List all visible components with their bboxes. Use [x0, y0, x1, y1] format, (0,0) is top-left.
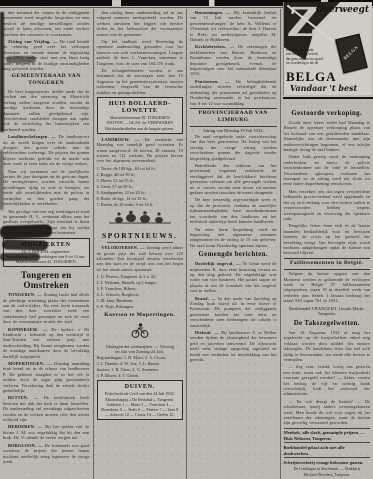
- news-paragraph: Brand. — In den nacht van Zaterdag op Zo…: [190, 296, 277, 328]
- news-paragraph: Benoemingen. — Bij koninklijk besluit va…: [190, 10, 277, 42]
- result-line: Juniors: 1. R. Claes; 2. G. Swennen;: [97, 367, 184, 373]
- result-line: 4. L. Schoofs, Borgloon;: [97, 292, 184, 298]
- news-paragraph: De raad vergaderde onder voorzitterschap…: [190, 134, 277, 161]
- news-paragraph: De heer bestendig afgevaardigde wees er …: [190, 197, 277, 224]
- news-paragraph: De belanghebbenden worden er aan herinne…: [97, 68, 184, 95]
- news-paragraph: Men verzekert ons dat tegen verscheidene…: [284, 189, 371, 221]
- paragraph-lead: Kerkfabrieken. —: [195, 44, 238, 49]
- result-line: 5. Aardappelen, 22 tot 25 fr.;: [97, 190, 184, 196]
- sport-vignette-illustration: [97, 209, 184, 230]
- left-edge-ink-streak: [0, 12, 4, 132]
- result-line: Beginnelingen: 1. H. Maes; 2. A. Croux;: [97, 355, 184, 361]
- paragraph-lead: Brand. —: [195, 296, 218, 301]
- section-heading: Koersen te Mopertingen.: [97, 312, 184, 319]
- news-paragraph: HERDEREN. — Bij het spelen viel de klein…: [3, 424, 90, 440]
- ad-slogan: Vandaar 't best: [290, 83, 357, 93]
- result-line: 3. P. Moors; 4. J. Gielen.: [97, 373, 184, 379]
- result-line: 1. G. Peeters, Tongeren, in 3 u. 42;: [97, 274, 184, 280]
- ink-smudge: [2, 239, 48, 250]
- result-line: 6. Boter, de kgr., 14 tot 15 fr.;: [97, 196, 184, 202]
- boxed-notice: DUIVEN.Prijsvlucht uit Creil van den 24 …: [97, 380, 184, 420]
- paragraph-lead: RUTTEN. —: [8, 395, 44, 400]
- section-heading: De Takszegelwetten.: [284, 320, 371, 328]
- ad-brand-name: BELGA: [286, 70, 337, 83]
- box-title: HUIS BOLLAERD-LOWETTE: [100, 100, 181, 114]
- box-line: Huishoudartikelen aan de laagste prijzen…: [100, 126, 181, 131]
- classified-ad-line: Meubels, alle slach, gematigde prijzen. …: [284, 428, 371, 443]
- box-title: DUIVEN.: [100, 383, 181, 390]
- paragraph-lead: LANDBOUW. —: [102, 137, 145, 142]
- paragraph-lead: Pensioenen. —: [195, 79, 236, 84]
- section-heading: Gestoorde verkoping.: [284, 110, 371, 118]
- news-paragraph: den uitslag dezer aanbesteding zal in on…: [97, 10, 184, 37]
- news-paragraph: KONINKSEM. — De fanfare « De Eendracht »…: [3, 327, 90, 359]
- news-column-2: den uitslag dezer aanbesteding zal in on…: [93, 9, 187, 479]
- news-paragraph: MOPERTINGEN. — Dinsdag namiddag brak bra…: [3, 361, 90, 393]
- pack-brand-label: BELGA: [340, 42, 362, 64]
- news-paragraph: Volgens de laatste opgave van den Monite…: [284, 271, 371, 303]
- cigarette-pack-image: BELGA: [335, 33, 368, 73]
- belga-cigarette-ad: Z Overweegt zóó fijn van smaak,zóó zorgv…: [283, 2, 372, 95]
- result-line: 5. M. Jans, Herderen;: [97, 298, 184, 304]
- classified-ad-line: Schrijnwerkerij vraagt bekwame gasten.: [284, 457, 371, 466]
- result-line: 3. J. Daniels; 4. W. Vos; 5. L. Baerts.: [97, 361, 184, 367]
- news-paragraph: Dergelijke feiten doen zich in de laatst…: [284, 223, 371, 255]
- ad-copy-line: en voordeelig is als de: [286, 61, 328, 65]
- news-paragraph: Pensioenen. — De belanghebbende ouderlin…: [190, 79, 277, 106]
- imprint-line: Michiels-Broeders, Tongeren.: [284, 473, 371, 478]
- cyclist-ornament-icon: [97, 321, 184, 344]
- boxed-notice: HUIS BOLLAERD-LOWETTEMaastrichterstraat …: [97, 97, 184, 134]
- paragraph-lead: Landbouwbelangen. —: [8, 134, 59, 139]
- section-heading: Tongeren en Omstreken: [3, 270, 90, 290]
- result-line: 4. Gerst, 57 tot 59 fr.;: [97, 184, 184, 190]
- paragraph-lead: Doodelijk ongeval. —: [195, 261, 243, 266]
- result-line: 2. Rogge, 48 tot 50 fr.;: [97, 172, 184, 178]
- paragraph-lead: HERDEREN. —: [8, 424, 45, 429]
- news-paragraph: — Zeg eens, vriend, vroeg ons gisteren e…: [284, 364, 371, 396]
- news-paragraph: Na eene korte bespreking werd de begroot…: [190, 227, 277, 249]
- news-paragraph: Betreffende den uitbouw van het provinci…: [190, 163, 277, 195]
- news-paragraph: BORGLOON. — De fruitmarkt was goed voorz…: [3, 443, 90, 465]
- news-paragraph: Landbouwbelangen. — De landbouwers uit d…: [3, 134, 90, 166]
- ad-headline: Overweegt: [316, 5, 369, 15]
- news-paragraph: den toestand der wegen in de omliggende …: [3, 10, 90, 37]
- ink-smudge: [0, 224, 52, 239]
- news-paragraph: Naar wij vernemen zal de jaarlijksche ke…: [3, 169, 90, 207]
- news-paragraph: Onder luid geroep werd de verkooping ond…: [284, 154, 371, 186]
- news-paragraph: RUTTEN. — De kerkfabriek heeft besloten …: [3, 395, 90, 422]
- paragraph-lead: Diefstal. —: [195, 330, 221, 335]
- newspaper-page: den toestand der wegen in de omliggende …: [0, 0, 373, 479]
- paragraph-lead: TONGEREN. —: [8, 292, 44, 297]
- news-paragraph: Diefstal. — Bij landbouwer V. te Wellen …: [190, 330, 277, 362]
- result-line: 1. Tarwe, de 100 kgr., 62 tot 64 fr.;: [97, 166, 184, 172]
- news-paragraph: Zooals onze lezers weten had Maandag te …: [284, 120, 371, 152]
- news-paragraph: LANDBOUW. — De veemarkt van Maandag was …: [97, 137, 184, 164]
- news-paragraph: De heer burgemeester deelde mede dat de …: [3, 89, 90, 132]
- paragraph-lead: BORGLOON. —: [8, 443, 45, 448]
- box-line: Prijsvlucht uit Creil van den 24 Juli 19…: [100, 391, 181, 396]
- paragraph-lead: Benoemingen. —: [195, 10, 234, 15]
- sportnieuws-heading: SPORTNIEUWS.: [97, 231, 184, 240]
- result-line: 2. J. Nelissen, Hasselt, op 1 lengte;: [97, 280, 184, 286]
- news-column-3: Benoemingen. — Bij koninklijk besluit va…: [186, 9, 280, 479]
- paragraph-lead: KONINKSEM. —: [8, 327, 51, 332]
- news-paragraph: Op het stadhuis werd Woensdag de openbar…: [97, 39, 184, 66]
- news-paragraph: VELOKOERSEN. — Zondag werd alhier de gro…: [97, 245, 184, 272]
- result-line: 3. Haver, 52 tot 55 fr.;: [97, 178, 184, 184]
- news-paragraph: — En wie draagt de kosten? — De schulden…: [284, 399, 371, 426]
- result-line: 7. Eieren, de 26 stuks, 9 tot 10 fr.: [97, 202, 184, 208]
- box-line: Aalderen 1 — Maas 3 — Vrancken 4 — Beurs…: [100, 402, 181, 418]
- section-heading: PROVINCIERAAD VAN LIMBURG: [190, 108, 277, 127]
- divider-rule: [107, 242, 174, 243]
- section-heading: Faillissementen in België.: [284, 258, 371, 270]
- left-edge-ink-streak: [0, 150, 3, 210]
- news-paragraph: Kerkfabrieken. — De rekeningen der kerkf…: [190, 44, 277, 76]
- centered-note: Tongeren.: [284, 311, 371, 317]
- ink-smudge: [6, 56, 36, 63]
- section-heading: GEMEENTERAAD VAN TONGEREN: [3, 73, 90, 87]
- ad-copy-lines: zóó fijn van smaak,zóó zorgvuldig bereid…: [286, 48, 328, 66]
- news-paragraph: TONGEREN. — Zondag laatst had alhier de …: [3, 292, 90, 324]
- paragraph-lead: Zitting van Vrijdag. —: [8, 39, 60, 44]
- result-line: 3. F. Vrancken, Bilzen;: [97, 286, 184, 292]
- ink-smudge: [0, 253, 40, 261]
- paragraph-lead: VELOKOERSEN. —: [102, 245, 147, 250]
- result-line: 6. P. Thijs, Riksingen.: [97, 304, 184, 310]
- news-paragraph: Van 18 Augustus 1932 af mag het zegelrec…: [284, 330, 371, 362]
- paragraph-lead: MOPERTINGEN. —: [8, 361, 54, 366]
- thick-rule-under-ad: [283, 97, 373, 99]
- box-line: STOVEN — GLAS- en VERFWAREN: [100, 120, 181, 125]
- imprint-line: De Lotelingen in den Senaat. — Drukkerij: [284, 467, 371, 472]
- news-paragraph: Doodelijk ongeval. — Te Genk werd de mij…: [190, 261, 277, 293]
- section-heading: Gemengde berichten.: [190, 251, 277, 259]
- classified-ad-line: Boekhandel gelast zich met alle drukwerk…: [284, 442, 371, 457]
